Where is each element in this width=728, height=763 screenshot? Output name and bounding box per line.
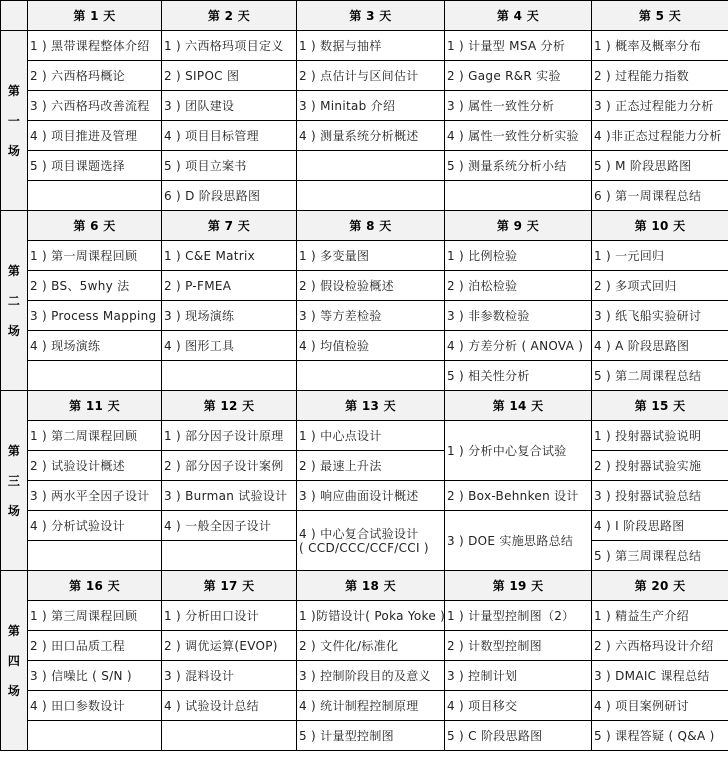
course-item: 3 ) 非参数检验 — [445, 301, 592, 331]
course-item: 5 ) 项目立案书 — [162, 151, 297, 181]
table-row: 5 ) 相关性分析 5 ) 第二周课程总结 — [1, 361, 728, 391]
course-item: 5 ) 第三周课程总结 — [592, 541, 728, 571]
course-item: 3 ) 控制阶段目的及意义 — [297, 661, 445, 691]
day-header: 第 17 天 — [162, 571, 297, 601]
day-header: 第 1 天 — [28, 1, 162, 31]
course-item: 4 ) A 阶段思路图 — [592, 331, 728, 361]
course-item: 3 ) 团队建设 — [162, 91, 297, 121]
course-item: 5 ) 课程答疑 ( Q&A ) — [592, 721, 728, 751]
table-row: 5 ) 计量型控制图 5 ) C 阶段思路图 5 ) 课程答疑 ( Q&A ) — [1, 721, 728, 751]
course-item: 4 ) 试验设计总结 — [162, 691, 297, 721]
course-item: 1 ) 精益生产介绍 — [592, 601, 728, 631]
course-item: 3 ) 响应曲面设计概述 — [297, 481, 445, 511]
course-item: 2 ) 点估计与区间估计 — [297, 61, 445, 91]
section-label-1: 第 一 场 — [1, 31, 28, 211]
course-item: 4 ) 现场演练 — [28, 331, 162, 361]
course-item: 6 ) D 阶段思路图 — [162, 181, 297, 211]
course-item: 1 ) 第三周课程回顾 — [28, 601, 162, 631]
course-item: 1 ) 黑带课程整体介绍 — [28, 31, 162, 61]
course-item: 3 ) Process Mapping — [28, 301, 162, 331]
table-row: 6 ) D 阶段思路图 6 ) 第一周课程总结 — [1, 181, 728, 211]
course-item: 3 ) 混料设计 — [162, 661, 297, 691]
course-item: 4 ) 田口参数设计 — [28, 691, 162, 721]
section-4-header-row: 第 四 场 第 16 天 第 17 天 第 18 天 第 19 天 第 20 天 — [1, 571, 728, 601]
section-label-char: 场 — [8, 504, 20, 518]
day-header: 第 14 天 — [445, 391, 592, 421]
course-item: 2 ) 多项式回归 — [592, 271, 728, 301]
day-header: 第 18 天 — [297, 571, 445, 601]
course-item: 3 ) DMAIC 课程总结 — [592, 661, 728, 691]
table-row: 5 ) 项目课题选择 5 ) 项目立案书 5 ) 测量系统分析小结 5 ) M … — [1, 151, 728, 181]
course-item: 1 ) 投射器试验说明 — [592, 421, 728, 451]
day-header: 第 20 天 — [592, 571, 728, 601]
course-item — [162, 361, 297, 391]
course-item-line: 4 ) 中心复合试验设计 — [299, 527, 444, 541]
section-label-char: 场 — [8, 684, 20, 698]
course-item: 5 ) 第二周课程总结 — [592, 361, 728, 391]
course-item: 1 ) 计量型控制图（2） — [445, 601, 592, 631]
day-header: 第 19 天 — [445, 571, 592, 601]
course-item: 2 ) Box-Behnken 设计 — [445, 481, 592, 511]
course-item: 1 ) 比例检验 — [445, 241, 592, 271]
course-item — [28, 541, 162, 571]
course-item: 5 ) 计量型控制图 — [297, 721, 445, 751]
course-item: 2 ) 计数型控制图 — [445, 631, 592, 661]
course-item: 2 ) 田口品质工程 — [28, 631, 162, 661]
course-item: 2 ) P-FMEA — [162, 271, 297, 301]
table-row: 2 ) 试验设计概述 2 ) 部分因子设计案例 2 ) 最速上升法 2 ) 投射… — [1, 451, 728, 481]
course-item: 1 ) 多变量图 — [297, 241, 445, 271]
section-label-char: 第 — [8, 444, 20, 458]
day-header: 第 9 天 — [445, 211, 592, 241]
course-item: 5 ) 项目课题选择 — [28, 151, 162, 181]
course-item: 1 ) 中心点设计 — [297, 421, 445, 451]
course-item: 4 ) 项目移交 — [445, 691, 592, 721]
course-item: 3 ) 正态过程能力分析 — [592, 91, 728, 121]
section-3-header-row: 第 三 场 第 11 天 第 12 天 第 13 天 第 14 天 第 15 天 — [1, 391, 728, 421]
section-label-char: 四 — [8, 654, 20, 668]
section-label-char: 三 — [8, 474, 20, 488]
day-header: 第 7 天 — [162, 211, 297, 241]
section-1-header-row: 第 1 天 第 2 天 第 3 天 第 4 天 第 5 天 — [1, 1, 728, 31]
course-item — [28, 181, 162, 211]
course-item: 3 ) 两水平全因子设计 — [28, 481, 162, 511]
course-item — [297, 361, 445, 391]
day-header: 第 5 天 — [592, 1, 728, 31]
course-item: 5 ) 相关性分析 — [445, 361, 592, 391]
course-item: 1 ) C&E Matrix — [162, 241, 297, 271]
course-item: 4 ) I 阶段思路图 — [592, 511, 728, 541]
day-header: 第 13 天 — [297, 391, 445, 421]
course-item — [445, 181, 592, 211]
course-item: 1 ) 六西格玛项目定义 — [162, 31, 297, 61]
section-2-header-row: 第 二 场 第 6 天 第 7 天 第 8 天 第 9 天 第 10 天 — [1, 211, 728, 241]
section-label-char: 场 — [8, 144, 20, 158]
course-item: 1 ) 概率及概率分布 — [592, 31, 728, 61]
course-item: 4 ) 一般全因子设计 — [162, 511, 297, 541]
course-item: 2 ) 六西格玛设计介绍 — [592, 631, 728, 661]
course-item: 2 ) 最速上升法 — [297, 451, 445, 481]
day-header: 第 15 天 — [592, 391, 728, 421]
course-item: 3 ) 投射器试验总结 — [592, 481, 728, 511]
course-item: 4 ) 图形工具 — [162, 331, 297, 361]
section-label-char: 一 — [8, 114, 20, 128]
table-row: 4 ) 分析试验设计 4 ) 一般全因子设计 4 ) 中心复合试验设计 ( CC… — [1, 511, 728, 541]
course-item: 4 ) 项目案例研讨 — [592, 691, 728, 721]
course-item: 4 ) 项目目标管理 — [162, 121, 297, 151]
course-item: 2 ) 试验设计概述 — [28, 451, 162, 481]
table-row: 2 ) BS、5why 法 2 ) P-FMEA 2 ) 假设检验概述 2 ) … — [1, 271, 728, 301]
course-item — [162, 721, 297, 751]
course-item: 1 ) 分析田口设计 — [162, 601, 297, 631]
section-label-2: 第 二 场 — [1, 211, 28, 391]
course-item — [297, 151, 445, 181]
course-item: 2 ) 文件化/标准化 — [297, 631, 445, 661]
course-item: 2 ) 投射器试验实施 — [592, 451, 728, 481]
course-item: 3 ) 信噪比 ( S/N ) — [28, 661, 162, 691]
course-item: 2 ) BS、5why 法 — [28, 271, 162, 301]
course-item: 2 ) 泊松检验 — [445, 271, 592, 301]
course-item — [297, 181, 445, 211]
course-item: 3 ) 纸飞船实验研讨 — [592, 301, 728, 331]
course-item: 2 ) Gage R&R 实验 — [445, 61, 592, 91]
course-item: 1 ) 分析中心复合试验 — [445, 421, 592, 481]
table-row: 1 ) 第一周课程回顾 1 ) C&E Matrix 1 ) 多变量图 1 ) … — [1, 241, 728, 271]
training-schedule-table: 第 1 天 第 2 天 第 3 天 第 4 天 第 5 天 第 一 场 1 ) … — [0, 0, 728, 751]
course-item: 3 ) DOE 实施思路总结 — [445, 511, 592, 571]
section-label-4: 第 四 场 — [1, 571, 28, 751]
course-item: 5 ) C 阶段思路图 — [445, 721, 592, 751]
day-header: 第 16 天 — [28, 571, 162, 601]
course-item: 1 ) 部分因子设计原理 — [162, 421, 297, 451]
course-item: 2 ) 过程能力指数 — [592, 61, 728, 91]
table-row: 4 ) 田口参数设计 4 ) 试验设计总结 4 ) 统计制程控制原理 4 ) 项… — [1, 691, 728, 721]
course-item: 2 ) 调优运算(EVOP) — [162, 631, 297, 661]
course-item: 5 ) 测量系统分析小结 — [445, 151, 592, 181]
course-item-multiline: 4 ) 中心复合试验设计 ( CCD/CCC/CCF/CCI ) — [297, 511, 445, 571]
course-item: 3 ) Burman 试验设计 — [162, 481, 297, 511]
course-item: 1 ) 第二周课程回顾 — [28, 421, 162, 451]
section-label-char: 第 — [8, 624, 20, 638]
table-row: 3 ) 信噪比 ( S/N ) 3 ) 混料设计 3 ) 控制阶段目的及意义 3… — [1, 661, 728, 691]
table-row: 4 ) 项目推进及管理 4 ) 项目目标管理 4 ) 测量系统分析概述 4 ) … — [1, 121, 728, 151]
table-row: 3 ) Process Mapping 3 ) 现场演练 3 ) 等方差检验 3… — [1, 301, 728, 331]
section-label-char: 第 — [8, 264, 20, 278]
course-item: 1 )防错设计( Poka Yoke ) — [297, 601, 445, 631]
course-item: 1 ) 数据与抽样 — [297, 31, 445, 61]
day-header: 第 6 天 — [28, 211, 162, 241]
day-header: 第 10 天 — [592, 211, 728, 241]
course-item: 3 ) 控制计划 — [445, 661, 592, 691]
course-item: 4 ) 方差分析 ( ANOVA ) — [445, 331, 592, 361]
course-item: 4 ) 测量系统分析概述 — [297, 121, 445, 151]
day-header: 第 4 天 — [445, 1, 592, 31]
table-row: 4 ) 现场演练 4 ) 图形工具 4 ) 均值检验 4 ) 方差分析 ( AN… — [1, 331, 728, 361]
course-item: 3 ) 等方差检验 — [297, 301, 445, 331]
course-item: 4 ) 均值检验 — [297, 331, 445, 361]
section-label-char: 二 — [8, 294, 20, 308]
course-item: 3 ) 六西格玛改善流程 — [28, 91, 162, 121]
course-item: 4 ) 属性一致性分析实验 — [445, 121, 592, 151]
day-header: 第 8 天 — [297, 211, 445, 241]
table-row: 2 ) 六西格玛概论 2 ) SIPOC 图 2 ) 点估计与区间估计 2 ) … — [1, 61, 728, 91]
day-header: 第 11 天 — [28, 391, 162, 421]
course-item: 4 ) 项目推进及管理 — [28, 121, 162, 151]
course-item: 3 ) 现场演练 — [162, 301, 297, 331]
course-item: 1 ) 一元回归 — [592, 241, 728, 271]
course-item: 4 ) 统计制程控制原理 — [297, 691, 445, 721]
course-item-line: ( CCD/CCC/CCF/CCI ) — [299, 541, 444, 555]
course-item: 4 )非正态过程能力分析 — [592, 121, 728, 151]
table-row: 1 ) 第二周课程回顾 1 ) 部分因子设计原理 1 ) 中心点设计 1 ) 分… — [1, 421, 728, 451]
course-item: 6 ) 第一周课程总结 — [592, 181, 728, 211]
course-item: 1 ) 计量型 MSA 分析 — [445, 31, 592, 61]
section-label-char: 场 — [8, 324, 20, 338]
table-row: 3 ) 两水平全因子设计 3 ) Burman 试验设计 3 ) 响应曲面设计概… — [1, 481, 728, 511]
course-item: 1 ) 第一周课程回顾 — [28, 241, 162, 271]
course-item: 2 ) 假设检验概述 — [297, 271, 445, 301]
day-header: 第 3 天 — [297, 1, 445, 31]
course-item: 4 ) 分析试验设计 — [28, 511, 162, 541]
course-item: 3 ) 属性一致性分析 — [445, 91, 592, 121]
course-item: 3 ) Minitab 介绍 — [297, 91, 445, 121]
course-item: 2 ) 部分因子设计案例 — [162, 451, 297, 481]
course-item — [28, 361, 162, 391]
table-row: 2 ) 田口品质工程 2 ) 调优运算(EVOP) 2 ) 文件化/标准化 2 … — [1, 631, 728, 661]
section-label-3: 第 三 场 — [1, 391, 28, 571]
course-item: 2 ) 六西格玛概论 — [28, 61, 162, 91]
corner-cell — [1, 1, 28, 31]
table-row: 3 ) 六西格玛改善流程 3 ) 团队建设 3 ) Minitab 介绍 3 )… — [1, 91, 728, 121]
day-header: 第 2 天 — [162, 1, 297, 31]
course-item — [162, 541, 297, 571]
day-header: 第 12 天 — [162, 391, 297, 421]
table-row: 1 ) 第三周课程回顾 1 ) 分析田口设计 1 )防错设计( Poka Yok… — [1, 601, 728, 631]
course-item: 5 ) M 阶段思路图 — [592, 151, 728, 181]
course-item — [28, 721, 162, 751]
table-row: 第 一 场 1 ) 黑带课程整体介绍 1 ) 六西格玛项目定义 1 ) 数据与抽… — [1, 31, 728, 61]
course-item: 2 ) SIPOC 图 — [162, 61, 297, 91]
section-label-char: 第 — [8, 84, 20, 98]
